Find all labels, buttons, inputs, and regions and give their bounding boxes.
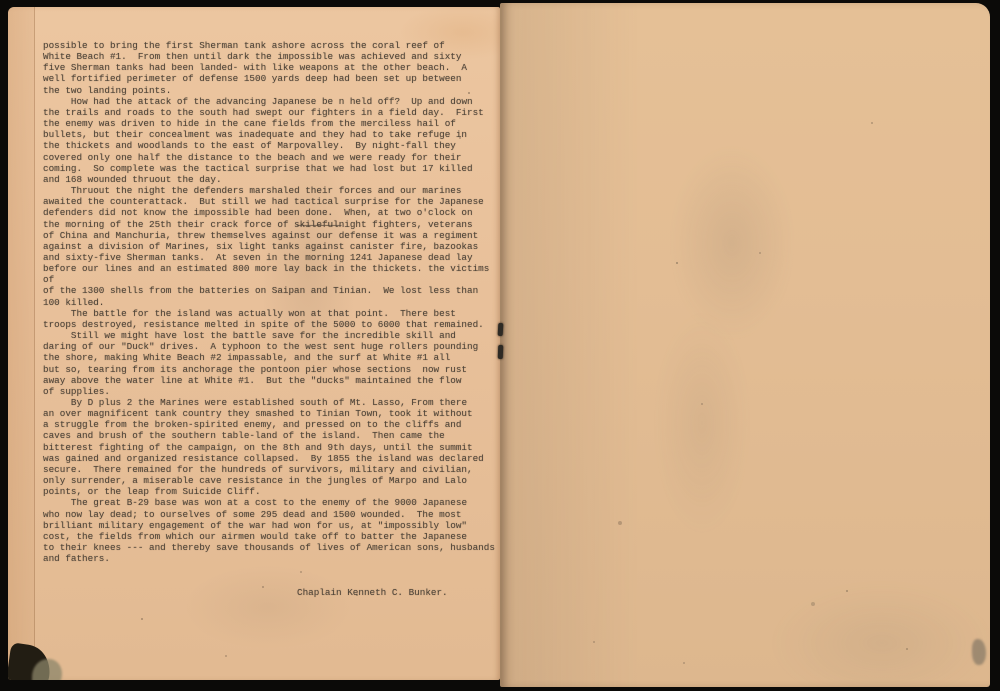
scanned-document-spread: possible to bring the first Sherman tank…	[0, 0, 1000, 691]
paragraph-5: Still we might have lost the battle save…	[43, 330, 500, 397]
corner-smudge-mark	[972, 639, 986, 665]
signature-line: Chaplain Kenneth C. Bunker.	[43, 587, 500, 598]
right-page-blank	[500, 3, 990, 687]
page-edge-strip	[8, 7, 35, 680]
paragraph-1: possible to bring the first Sherman tank…	[43, 40, 500, 96]
staple-top	[498, 323, 504, 336]
left-page-typewritten: possible to bring the first Sherman tank…	[8, 7, 500, 680]
dust-specks	[0, 0, 2, 2]
paragraph-4: The battle for the island was actually w…	[43, 308, 500, 330]
paragraph-3: Thruout the night the defenders marshale…	[43, 185, 500, 308]
staple-bottom	[498, 345, 503, 359]
paragraph-7: The great B-29 base was won at a cost to…	[43, 497, 500, 564]
paragraph-6: By D plus 2 the Marines were established…	[43, 397, 500, 497]
typewritten-text-block: possible to bring the first Sherman tank…	[43, 40, 500, 599]
paragraph-2: How had the attack of the advancing Japa…	[43, 96, 500, 185]
